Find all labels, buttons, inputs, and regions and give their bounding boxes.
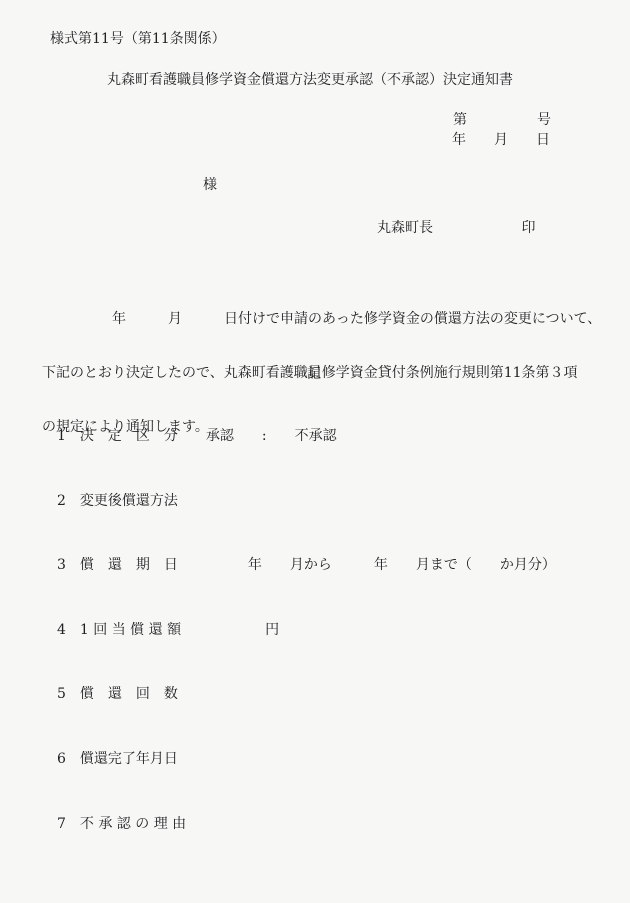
sender-and-seal-line: 丸森町長 印 (377, 221, 535, 235)
list-item-repayment-period: 3 償 還 期 日 年 月から 年 月まで（ か月分） (57, 558, 610, 572)
issue-number-line: 第 号 (453, 113, 551, 127)
list-item-number-of-repayments: 5 償 還 回 数 (57, 687, 610, 701)
list-item-repayment-completion-date: 6 償還完了年月日 (57, 752, 610, 766)
decision-items-list: 1 決 定 区 分 承認 : 不承認 2 変更後償還方法 3 償 還 期 日 年… (57, 401, 610, 881)
body-line-2: 下記のとおり決定したので、丸森町看護職員修学資金貸付条例施行規則第11条第３項 (42, 366, 610, 380)
list-item-decision-category: 1 決 定 区 分 承認 : 不承認 (57, 429, 610, 443)
document-title: 丸森町看護職員修学資金償還方法変更承認（不承認）決定通知書 (107, 73, 513, 87)
form-number-label: 様式第11号（第11条関係） (50, 32, 226, 46)
addressee-honorific: 様 (203, 178, 217, 192)
issue-date-line: 年 月 日 (452, 133, 550, 147)
notice-document-page: 様式第11号（第11条関係） 丸森町看護職員修学資金償還方法変更承認（不承認）決… (0, 0, 630, 903)
list-item-changed-repayment-method: 2 変更後償還方法 (57, 494, 610, 508)
body-line-1: 年 月 日付けで申請のあった修学資金の償還方法の変更について、 (42, 312, 610, 326)
record-heading: 記 (307, 367, 321, 381)
list-item-reason-for-disapproval: 7 不 承 認 の 理 由 (57, 817, 610, 831)
list-item-repayment-amount-per-installment: 4 1 回 当 償 還 額 円 (57, 623, 610, 637)
